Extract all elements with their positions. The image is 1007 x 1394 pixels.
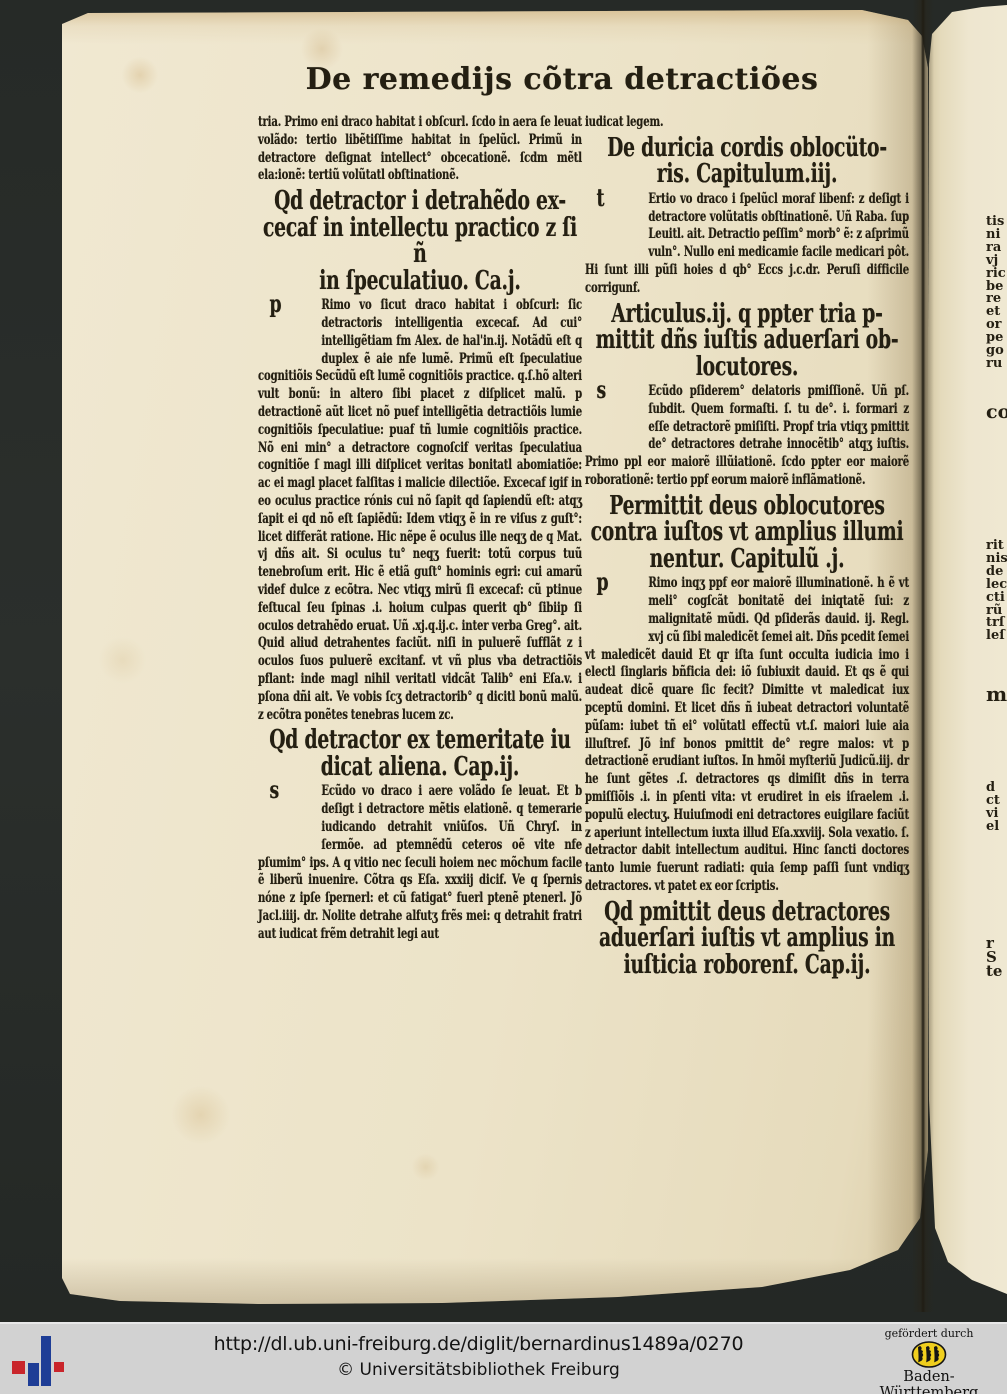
initial-space: t (585, 191, 648, 245)
text-column-right: iudicat legem. De duricia cordis oblocüt… (585, 114, 909, 981)
paragraph: iudicat legem. (585, 114, 909, 132)
logo-red-square-left (12, 1361, 25, 1374)
initial-space: p (258, 297, 321, 351)
running-title: De remedijs cõtra detractiões (262, 62, 862, 97)
edge-text-fragment: d ct vi el (986, 782, 1000, 834)
funding-region-name: Baden-Württemberg (859, 1369, 999, 1394)
document-url: http://dl.ub.uni-freiburg.de/diglit/bern… (150, 1333, 807, 1355)
chapter-heading: Qd detractor ex temeritate iu dicat alie… (258, 727, 582, 780)
ub-freiburg-logo-icon (12, 1336, 66, 1388)
guide-letter: p (597, 573, 609, 591)
edge-text-fragment: co (986, 406, 1007, 419)
edge-text-fragment: r S te (986, 936, 1002, 978)
initial-space: p (585, 575, 648, 629)
funding-block: gefördert durch Baden-Württemberg (859, 1327, 999, 1394)
next-page-edge: tis ni ra vj ric be re et or pe go ru co… (922, 0, 1007, 1322)
chapter-heading: Qd pmittit deus detractores aduerſari iu… (585, 899, 909, 979)
viewer-footer-bar: http://dl.ub.uni-freiburg.de/diglit/bern… (0, 1322, 1007, 1394)
footer-center: http://dl.ub.uni-freiburg.de/diglit/bern… (150, 1324, 807, 1394)
initial-space: s (258, 783, 321, 837)
paragraph: pRimo vo ſicut draco habitat i obſcurl: … (258, 297, 582, 724)
guide-letter: p (270, 295, 282, 313)
baden-wuerttemberg-coat-icon (911, 1341, 947, 1368)
guide-letter: s (270, 781, 280, 799)
scanned-page: De remedijs cõtra detractiões tria. Prim… (62, 10, 928, 1310)
paragraph: tria. Primo eni draco habitat i obſcurl.… (258, 114, 582, 185)
paragraph-text: Rimo vo ſicut draco habitat i obſcurl: ſ… (258, 297, 582, 722)
book-scan: De remedijs cõtra detractiões tria. Prim… (0, 0, 1007, 1322)
logo-blue-bar-short (28, 1363, 39, 1386)
chapter-heading: De duricia cordis oblocüto- ris. Capitul… (585, 135, 909, 188)
logo-red-square-right (54, 1362, 64, 1372)
paragraph: sEcũdo vo draco i aere volãdo ſe leuat. … (258, 783, 582, 943)
article-heading: Articulus.ij. q ppter tria p- mittit dñs… (585, 301, 909, 381)
paragraph: pRimo inqʒ ppf eor maiorẽ illuminationẽ.… (585, 575, 909, 895)
logo-blue-bar-tall (41, 1336, 51, 1386)
book-gutter-shadow (912, 0, 934, 1312)
chapter-heading: Permittit deus oblocutores contra iuſtos… (585, 493, 909, 573)
paragraph: tErtio vo draco i ſpelũcl moraf libenf: … (585, 191, 909, 298)
funding-label: gefördert durch (859, 1327, 999, 1340)
edge-text-fragment: m (986, 688, 1007, 701)
edge-text-fragment: rit nis de lec cti rũ trſ leſ (986, 540, 1007, 643)
chapter-heading: Qd detractor i detrahẽdo ex- cecaf in in… (258, 188, 582, 294)
paragraph: sEcũdo pſiderem° delatoris pmiſſionẽ. Uñ… (585, 383, 909, 490)
initial-space: s (585, 383, 648, 437)
edge-text-fragment: tis ni ra vj ric be re et or pe go ru (986, 216, 1006, 371)
guide-letter: s (597, 381, 607, 399)
copyright-notice: © Universitätsbibliothek Freiburg (150, 1360, 807, 1380)
text-column-left: tria. Primo eni draco habitat i obſcurl.… (258, 114, 582, 943)
guide-letter: t (597, 189, 605, 207)
